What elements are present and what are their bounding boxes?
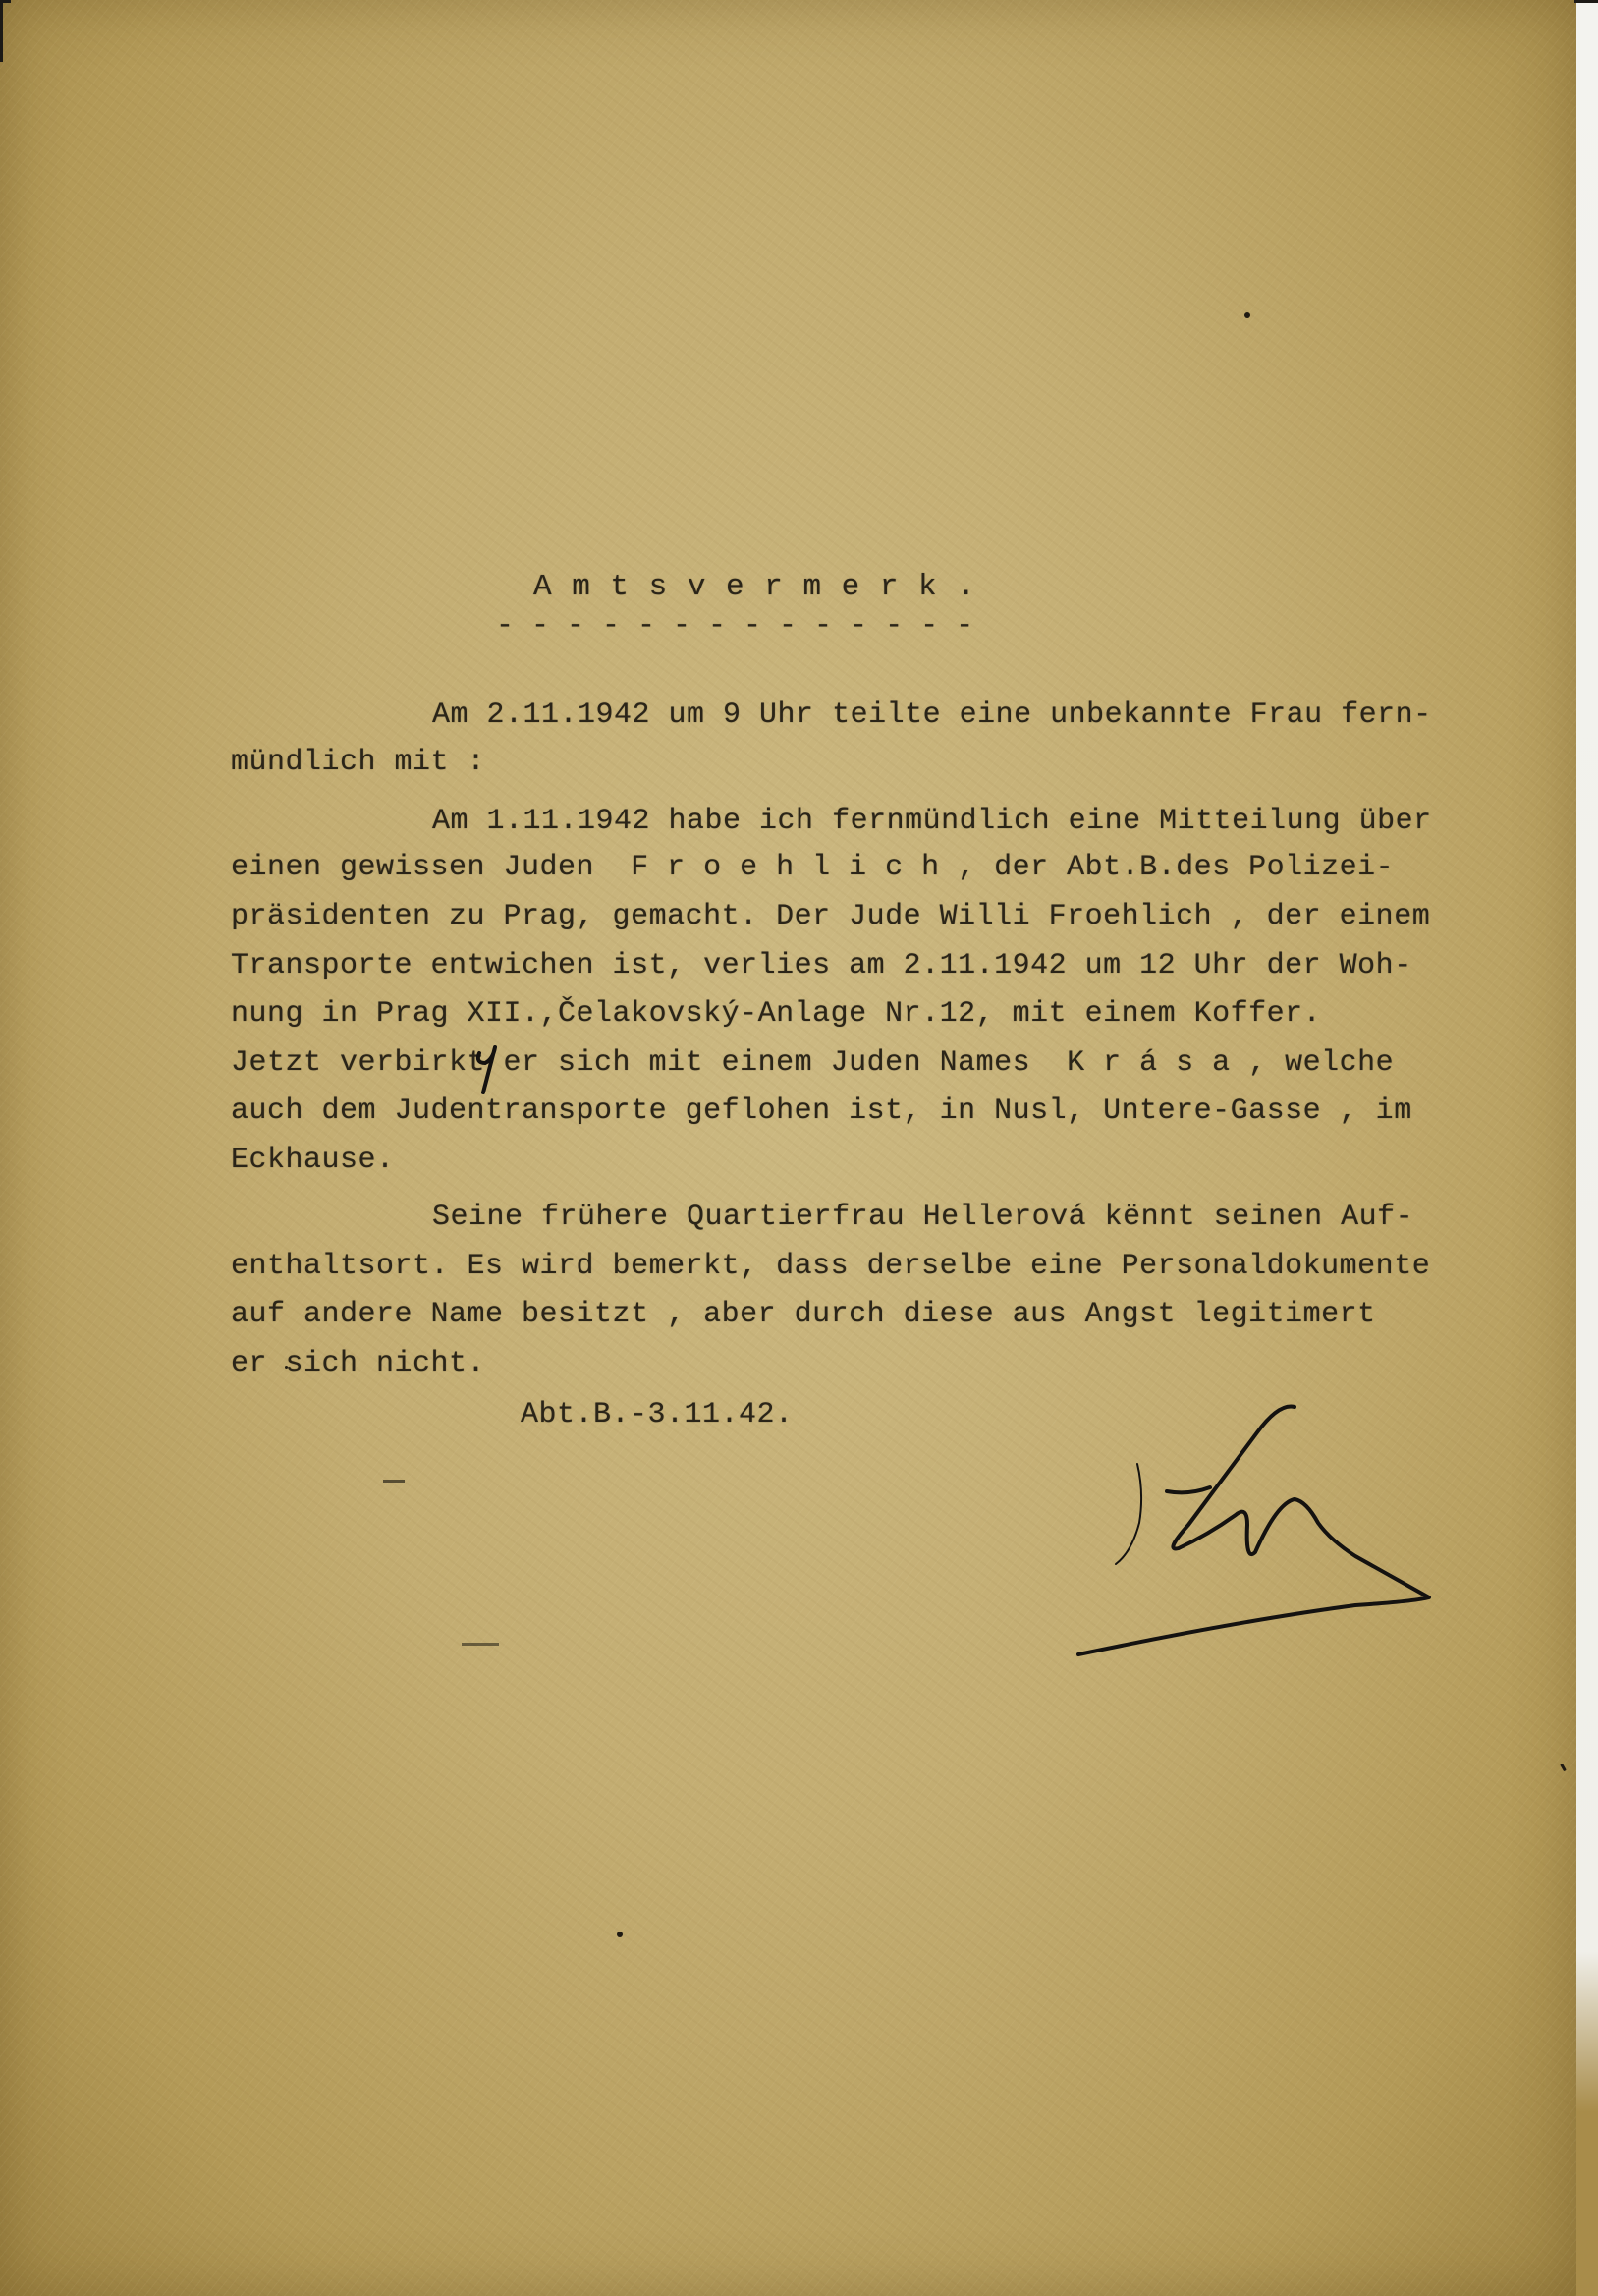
body-line: präsidenten zu Prag, gemacht. Der Jude W… [231, 902, 1430, 931]
document-page: A m t s v e r m e r k . - - - - - - - - … [0, 0, 1576, 2296]
body-line: Seine frühere Quartierfrau Hellerová kën… [432, 1203, 1413, 1232]
body-line: auf andere Name besitzt , aber durch die… [231, 1300, 1376, 1329]
body-line: er sich nicht. [231, 1349, 485, 1378]
department-date-line: Abt.B.-3.11.42. [521, 1400, 794, 1429]
ink-speck [1244, 312, 1250, 318]
ink-speck [1560, 1764, 1567, 1771]
signature-icon [1061, 1375, 1454, 1690]
scan-background-strip [1576, 0, 1598, 2296]
title-underline: - - - - - - - - - - - - - - [496, 611, 973, 641]
ink-dash [462, 1643, 499, 1646]
body-line: Am 2.11.1942 um 9 Uhr teilte eine unbeka… [432, 700, 1432, 730]
body-line: enthaltsort. Es wird bemerkt, dass derse… [231, 1252, 1430, 1281]
ink-dash [383, 1480, 405, 1483]
body-line: auch dem Judentransporte geflohen ist, i… [231, 1096, 1412, 1126]
ink-speck [617, 1932, 623, 1937]
document-title: A m t s v e r m e r k . [533, 573, 976, 602]
body-line: mündlich mit : [231, 748, 485, 777]
scan-corner-mark [0, 0, 11, 62]
body-line: einen gewissen Juden F r o e h l i c h ,… [231, 853, 1394, 882]
body-line: Jetzt verbirkt er sich mit einem Juden N… [231, 1048, 1394, 1078]
body-line: Transporte entwichen ist, verlies am 2.1… [231, 951, 1412, 980]
handwritten-correction-mark [471, 1041, 501, 1100]
body-line: Am 1.11.1942 habe ich fernmündlich eine … [432, 807, 1432, 836]
scan-edge-line [1574, 0, 1598, 3]
ink-speck [285, 1366, 288, 1369]
body-line: nung in Prag XII.,Čelakovský-Anlage Nr.1… [231, 999, 1321, 1029]
body-line: Eckhause. [231, 1146, 395, 1175]
